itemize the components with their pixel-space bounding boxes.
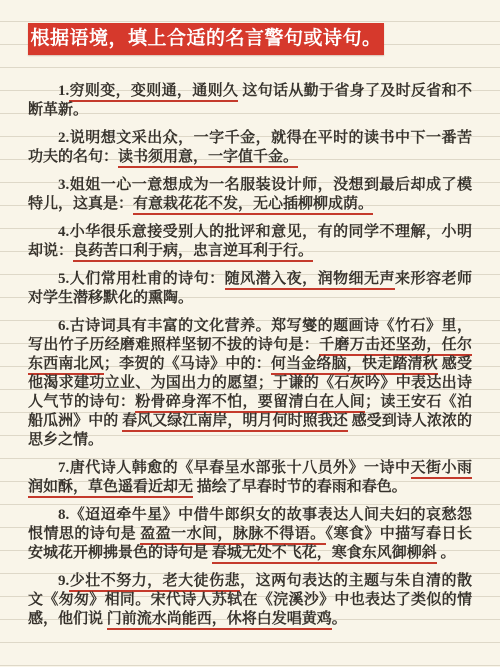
question-item: 5.人们常用杜甫的诗句：随风潜入夜，润物细无声来形容老师对学生潜移默化的熏陶。 bbox=[28, 270, 472, 308]
title-banner: 根据语境，填上合适的名言警句或诗句。 bbox=[28, 23, 384, 55]
question-item: 7.唐代诗人韩愈的《早春呈水部张十八员外》一诗中天街小雨润如酥，草色遥看近却无 … bbox=[28, 459, 472, 497]
question-text-segment: 。 bbox=[332, 611, 347, 627]
question-text-segment: ；李贺的《马诗》中的： bbox=[104, 356, 271, 372]
answer-segment: 粉骨碎身浑不怕，要留清白在人间 bbox=[135, 394, 365, 413]
answer-segment: 随风潜入夜，润物细无声 bbox=[225, 271, 395, 290]
question-text-segment: 5.人们常用杜甫的诗句： bbox=[58, 271, 225, 287]
question-text-segment: 7.唐代诗人韩愈的《早春呈水部张十八员外》一诗中 bbox=[58, 460, 411, 476]
answer-segment: 盈盈一水间，脉脉不得语。 bbox=[140, 526, 325, 545]
question-item: 9.少壮不努力，老大徒伤悲，这两句表达的主题与朱自清的散文《匆匆》相同。宋代诗人… bbox=[28, 572, 472, 629]
answer-segment: 读书须用意，一字值千金。 bbox=[118, 149, 298, 168]
answer-segment: 穷则变，变则通，通则久 bbox=[69, 83, 238, 102]
answer-segment: 何当金络脑，快走踏清秋 bbox=[271, 356, 438, 375]
answer-segment: 春城无处不飞花，寒食东风御柳斜 bbox=[212, 545, 437, 564]
question-item: 8.《迢迢牵牛星》中借牛郎织女的故事表达人间夫妇的哀愁怨恨情思的诗句是 盈盈一水… bbox=[28, 506, 472, 563]
question-text-segment: 。 bbox=[437, 545, 456, 561]
answer-segment: 春风又绿江南岸，明月何时照我还 bbox=[122, 413, 348, 432]
question-text-segment: 1. bbox=[58, 83, 69, 99]
answer-segment: 少壮不努力，老大徒伤悲 bbox=[69, 573, 240, 592]
answer-segment: 门前流水尚能西，休将白发唱黄鸡 bbox=[107, 611, 332, 630]
question-text-segment: 9. bbox=[58, 573, 69, 589]
answer-segment: 良药苦口利于病，忠言逆耳利于行。 bbox=[73, 243, 313, 262]
answer-segment: 有意栽花花不发，无心插柳柳成荫。 bbox=[133, 196, 373, 215]
question-item: 6.古诗词具有丰富的文化营养。郑写燮的题画诗《竹石》里，写出竹子历经磨难照样坚韧… bbox=[28, 317, 472, 450]
question-item: 1.穷则变，变则通，通则久 这句话从勤于省身了及时反省和不断革新。 bbox=[28, 82, 472, 120]
question-list: 1.穷则变，变则通，通则久 这句话从勤于省身了及时反省和不断革新。2.说明想文采… bbox=[28, 82, 472, 629]
question-text-segment: 描绘了早春时节的春雨和春色。 bbox=[193, 479, 407, 495]
page-title: 根据语境，填上合适的名言警句或诗句。 bbox=[30, 28, 381, 49]
question-item: 2.说明想文采出众，一字千金，就得在平时的读书中下一番苦功夫的名句：读书须用意，… bbox=[28, 129, 472, 167]
question-item: 4.小华很乐意接受别人的批评和意见，有的同学不理解，小明却说：良药苦口利于病，忠… bbox=[28, 223, 472, 261]
question-item: 3.姐姐一心一意想成为一名服装设计师，没想到最后却成了模特儿，这真是：有意栽花花… bbox=[28, 176, 472, 214]
worksheet-page: 根据语境，填上合适的名言警句或诗句。 1.穷则变，变则通，通则久 这句话从勤于省… bbox=[0, 0, 500, 667]
